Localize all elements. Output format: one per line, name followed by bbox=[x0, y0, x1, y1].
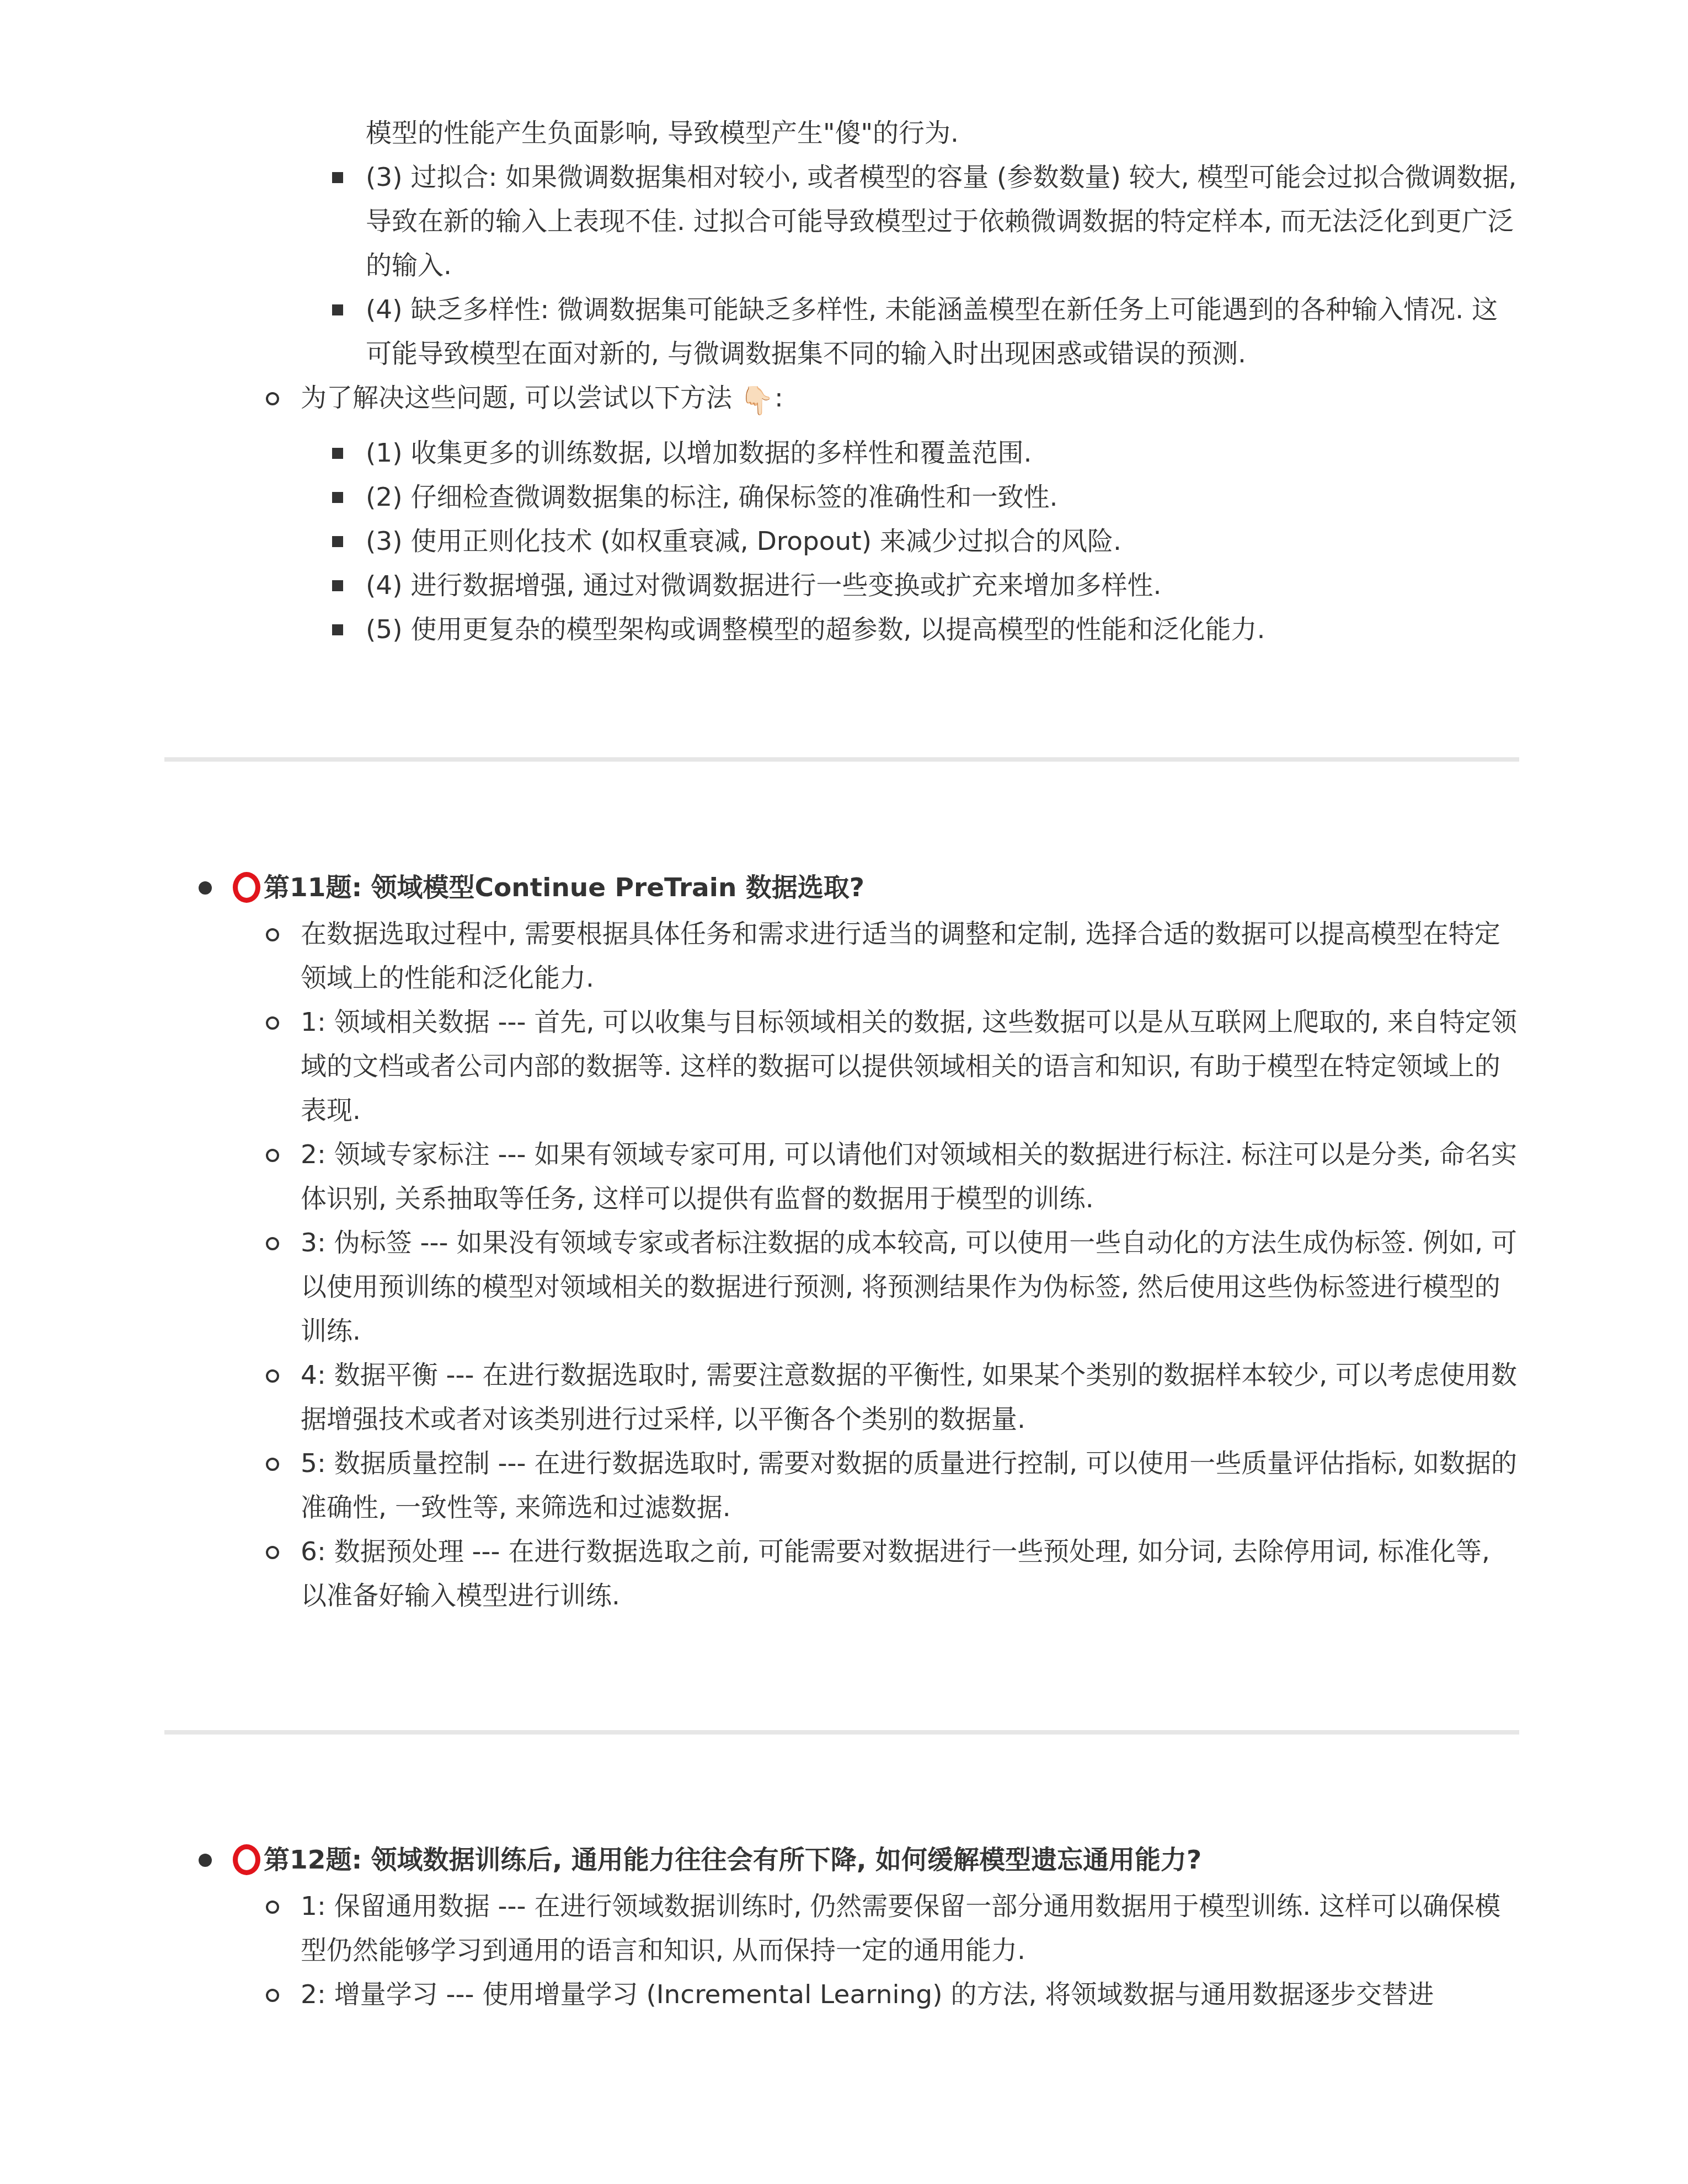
cause-text: (4) 缺乏多样性: 微调数据集可能缺乏多样性, 未能涵盖模型在新任务上可能遇到… bbox=[366, 295, 1498, 369]
square-bullet-icon bbox=[332, 536, 343, 547]
list-item-cause-3: (3) 过拟合: 如果微调数据集相对较小, 或者模型的容量 (参数数量) 较大,… bbox=[164, 156, 1519, 288]
answer-item: 1: 保留通用数据 --- 在进行领域数据训练时, 仍然需要保留一部分通用数据用… bbox=[164, 1885, 1519, 1973]
question-title: 第12题: 领域数据训练后, 通用能力往往会有所下降, 如何缓解模型遗忘通用能力… bbox=[264, 1845, 1201, 1875]
red-circle-icon bbox=[233, 872, 260, 903]
section-divider bbox=[164, 1730, 1519, 1735]
list-item-cause-4: (4) 缺乏多样性: 微调数据集可能缺乏多样性, 未能涵盖模型在新任务上可能遇到… bbox=[164, 288, 1519, 376]
answer-text: 1: 领域相关数据 --- 首先, 可以收集与目标领域相关的数据, 这些数据可以… bbox=[301, 1007, 1517, 1126]
sub-list: 模型的性能产生负面影响, 导致模型产生"傻"的行为. (3) 过拟合: 如果微调… bbox=[164, 111, 1519, 652]
answer-text: 在数据选取过程中, 需要根据具体任务和需求进行适当的调整和定制, 选择合适的数据… bbox=[301, 919, 1500, 993]
circle-bullet-icon bbox=[266, 1369, 279, 1383]
circle-bullet-icon bbox=[266, 1901, 279, 1914]
circle-bullet-icon bbox=[266, 1016, 279, 1030]
answer-text: 6: 数据预处理 --- 在进行数据选取之前, 可能需要对数据进行一些预处理, … bbox=[301, 1537, 1490, 1611]
answer-item: 在数据选取过程中, 需要根据具体任务和需求进行适当的调整和定制, 选择合适的数据… bbox=[164, 912, 1519, 1000]
solutions-list: (1) 收集更多的训练数据, 以增加数据的多样性和覆盖范围. (2) 仔细检查微… bbox=[164, 431, 1519, 652]
list-item-solution-3: (3) 使用正则化技术 (如权重衰减, Dropout) 来减少过拟合的风险. bbox=[164, 520, 1519, 564]
question-11-section: 第11题: 领域模型Continue PreTrain 数据选取? 在数据选取过… bbox=[164, 866, 1519, 1618]
square-bullet-icon bbox=[332, 624, 343, 635]
square-bullet-icon bbox=[332, 172, 343, 183]
causes-list: 模型的性能产生负面影响, 导致模型产生"傻"的行为. (3) 过拟合: 如果微调… bbox=[164, 111, 1519, 376]
list-item-solution-5: (5) 使用更复杂的模型架构或调整模型的超参数, 以提高模型的性能和泛化能力. bbox=[164, 608, 1519, 652]
question-12-section: 第12题: 领域数据训练后, 通用能力往往会有所下降, 如何缓解模型遗忘通用能力… bbox=[164, 1838, 1519, 2017]
circle-bullet-icon bbox=[266, 392, 279, 405]
circle-bullet-icon bbox=[266, 1149, 279, 1162]
solution-text: (4) 进行数据增强, 通过对微调数据进行一些变换或扩充来增加多样性. bbox=[366, 570, 1161, 601]
answer-item: 1: 领域相关数据 --- 首先, 可以收集与目标领域相关的数据, 这些数据可以… bbox=[164, 1000, 1519, 1133]
question-list: 第11题: 领域模型Continue PreTrain 数据选取? 在数据选取过… bbox=[164, 866, 1519, 1618]
list-item-solution-1: (1) 收集更多的训练数据, 以增加数据的多样性和覆盖范围. bbox=[164, 431, 1519, 475]
circle-bullet-icon bbox=[266, 1458, 279, 1471]
answer-list: 在数据选取过程中, 需要根据具体任务和需求进行适当的调整和定制, 选择合适的数据… bbox=[164, 912, 1519, 1618]
answer-item: 2: 增量学习 --- 使用增量学习 (Incremental Learning… bbox=[164, 1973, 1519, 2017]
circle-bullet-icon bbox=[266, 1237, 279, 1250]
answer-item: 5: 数据质量控制 --- 在进行数据选取时, 需要对数据的质量进行控制, 可以… bbox=[164, 1442, 1519, 1530]
cause-text: (3) 过拟合: 如果微调数据集相对较小, 或者模型的容量 (参数数量) 较大,… bbox=[366, 162, 1517, 281]
disc-bullet-icon bbox=[199, 881, 212, 895]
answer-item: 2: 领域专家标注 --- 如果有领域专家可用, 可以请他们对领域相关的数据进行… bbox=[164, 1133, 1519, 1221]
solutions-intro: 为了解决这些问题, 可以尝试以下方法 bbox=[301, 383, 732, 413]
square-bullet-icon bbox=[332, 580, 343, 591]
square-bullet-icon bbox=[332, 448, 343, 459]
solution-text: (2) 仔细检查微调数据集的标注, 确保标签的准确性和一致性. bbox=[366, 482, 1057, 512]
red-circle-icon bbox=[233, 1844, 260, 1875]
continuation-text: 模型的性能产生负面影响, 导致模型产生"傻"的行为. bbox=[366, 118, 959, 148]
pointing-down-hand-icon: 👇🏻 bbox=[740, 387, 774, 414]
answer-text: 1: 保留通用数据 --- 在进行领域数据训练时, 仍然需要保留一部分通用数据用… bbox=[301, 1891, 1500, 1966]
answer-text: 3: 伪标签 --- 如果没有领域专家或者标注数据的成本较高, 可以使用一些自动… bbox=[301, 1228, 1517, 1346]
square-bullet-icon bbox=[332, 492, 343, 503]
list-item-solutions: 为了解决这些问题, 可以尝试以下方法 👇🏻: (1) 收集更多的训练数据, 以增… bbox=[164, 376, 1519, 652]
solution-text: (1) 收集更多的训练数据, 以增加数据的多样性和覆盖范围. bbox=[366, 438, 1032, 468]
answer-list: 1: 保留通用数据 --- 在进行领域数据训练时, 仍然需要保留一部分通用数据用… bbox=[164, 1885, 1519, 2017]
answer-text: 4: 数据平衡 --- 在进行数据选取时, 需要注意数据的平衡性, 如果某个类别… bbox=[301, 1360, 1517, 1434]
disc-bullet-icon bbox=[199, 1854, 212, 1867]
answer-item: 4: 数据平衡 --- 在进行数据选取时, 需要注意数据的平衡性, 如果某个类别… bbox=[164, 1353, 1519, 1442]
list-item-continuation: 模型的性能产生负面影响, 导致模型产生"傻"的行为. bbox=[164, 111, 1519, 156]
question-title: 第11题: 领域模型Continue PreTrain 数据选取? bbox=[264, 872, 864, 903]
answer-item: 6: 数据预处理 --- 在进行数据选取之前, 可能需要对数据进行一些预处理, … bbox=[164, 1530, 1519, 1618]
answer-text: 2: 领域专家标注 --- 如果有领域专家可用, 可以请他们对领域相关的数据进行… bbox=[301, 1139, 1517, 1214]
list-item-solution-4: (4) 进行数据增强, 通过对微调数据进行一些变换或扩充来增加多样性. bbox=[164, 564, 1519, 608]
section-divider bbox=[164, 757, 1519, 762]
question-item: 第11题: 领域模型Continue PreTrain 数据选取? 在数据选取过… bbox=[164, 866, 1519, 1618]
circle-bullet-icon bbox=[266, 1989, 279, 2002]
circle-bullet-icon bbox=[266, 1546, 279, 1559]
solutions-intro-colon: : bbox=[774, 383, 783, 413]
square-bullet-icon bbox=[332, 304, 343, 315]
previous-section: 模型的性能产生负面影响, 导致模型产生"傻"的行为. (3) 过拟合: 如果微调… bbox=[164, 111, 1519, 652]
list-item-solution-2: (2) 仔细检查微调数据集的标注, 确保标签的准确性和一致性. bbox=[164, 475, 1519, 520]
solution-text: (3) 使用正则化技术 (如权重衰减, Dropout) 来减少过拟合的风险. bbox=[366, 526, 1121, 556]
circle-bullet-icon bbox=[266, 928, 279, 941]
question-item: 第12题: 领域数据训练后, 通用能力往往会有所下降, 如何缓解模型遗忘通用能力… bbox=[164, 1838, 1519, 2017]
list-item: 模型的性能产生负面影响, 导致模型产生"傻"的行为. (3) 过拟合: 如果微调… bbox=[164, 111, 1519, 376]
answer-text: 5: 数据质量控制 --- 在进行数据选取时, 需要对数据的质量进行控制, 可以… bbox=[301, 1448, 1517, 1523]
question-list: 第12题: 领域数据训练后, 通用能力往往会有所下降, 如何缓解模型遗忘通用能力… bbox=[164, 1838, 1519, 2017]
solution-text: (5) 使用更复杂的模型架构或调整模型的超参数, 以提高模型的性能和泛化能力. bbox=[366, 614, 1265, 645]
answer-item: 3: 伪标签 --- 如果没有领域专家或者标注数据的成本较高, 可以使用一些自动… bbox=[164, 1221, 1519, 1353]
answer-text: 2: 增量学习 --- 使用增量学习 (Incremental Learning… bbox=[301, 1979, 1434, 2010]
